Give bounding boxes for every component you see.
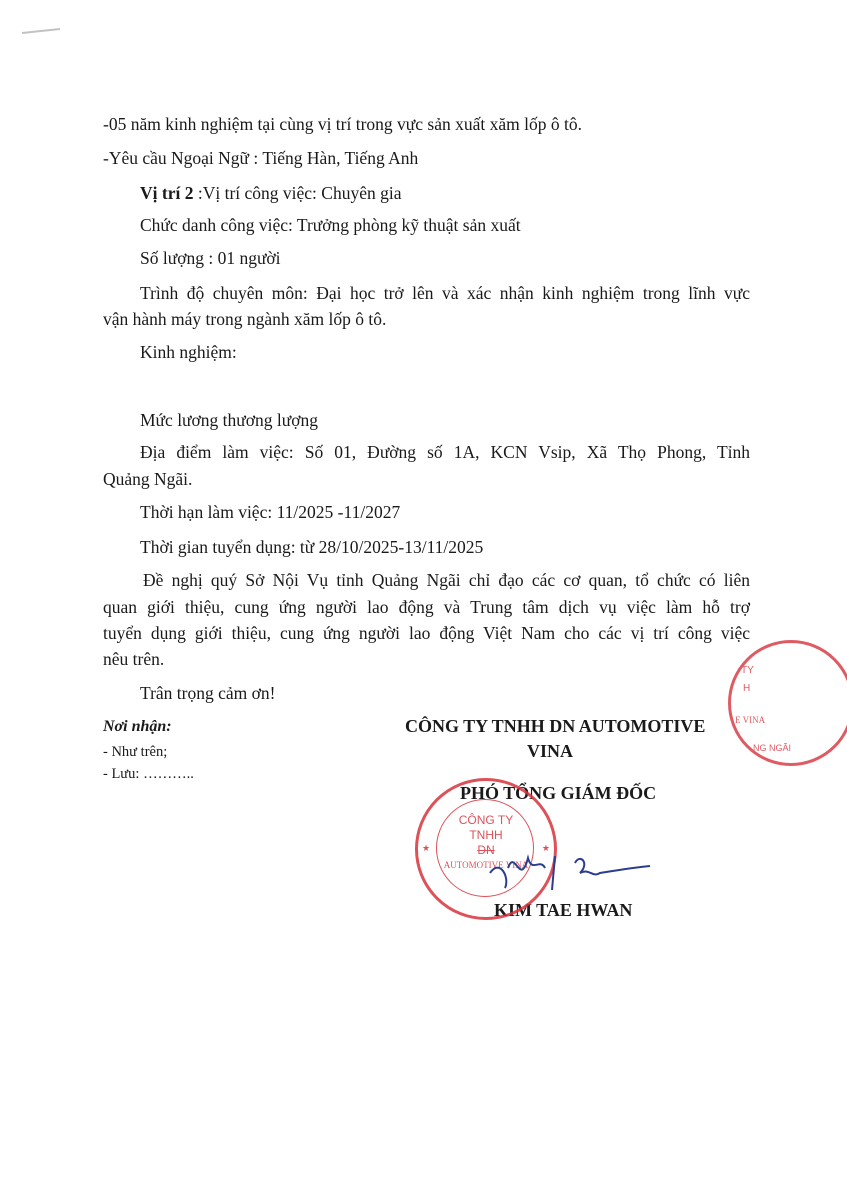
experience-label: Kinh nghiệm: (140, 342, 237, 363)
position-2-label: Vị trí 2 (140, 183, 193, 203)
recipient-item: - Như trên; (103, 744, 167, 761)
position-2-line: Vị trí 2 :Vị trí công việc: Chuyên gia (140, 183, 401, 204)
experience-years-line: -05 năm kinh nghiệm tại cùng vị trí tron… (103, 114, 582, 135)
salary-line: Mức lương thương lượng (140, 410, 318, 431)
scan-mark (22, 28, 60, 34)
request-paragraph-line-2: quan giới thiệu, cung ứng người lao động… (103, 597, 750, 618)
recipients-title: Nơi nhận: (103, 718, 172, 736)
partial-seal: TY H E VINA NG NGÃI (728, 640, 847, 766)
quantity-line: Số lượng : 01 người (140, 248, 281, 269)
workplace-line-1: Địa điểm làm việc: Số 01, Đường số 1A, K… (140, 442, 750, 463)
request-paragraph-line-1: Đề nghị quý Sở Nội Vụ tỉnh Quảng Ngãi ch… (143, 570, 750, 591)
job-title-line: Chức danh công việc: Trưởng phòng kỹ thu… (140, 215, 521, 236)
star-icon: ★ (422, 843, 430, 854)
recipient-item: - Lưu: ……….. (103, 766, 194, 783)
seal-fragment: TY (741, 665, 754, 676)
language-requirement-line: -Yêu cầu Ngoại Ngữ : Tiếng Hàn, Tiếng An… (103, 148, 418, 169)
qualification-line-1: Trình độ chuyên môn: Đại học trở lên và … (140, 283, 750, 304)
seal-text: CÔNG TY (418, 813, 554, 828)
workplace-line-2: Quảng Ngãi. (103, 469, 192, 490)
request-paragraph-line-3: tuyển dụng giới thiệu, cung ứng người la… (103, 623, 750, 644)
request-paragraph-line-4: nêu trên. (103, 649, 164, 670)
seal-fragment: E VINA (735, 715, 765, 725)
qualification-line-2: vận hành máy trong ngành xăm lốp ô tô. (103, 309, 386, 330)
handwritten-signature (480, 838, 660, 898)
company-name-line-1: CÔNG TY TNHH DN AUTOMOTIVE (405, 716, 705, 737)
seal-fragment: H (743, 683, 750, 694)
company-name-line-2: VINA (527, 741, 573, 762)
thanks-line: Trân trọng cảm ơn! (140, 683, 275, 704)
recruitment-period-line: Thời gian tuyển dụng: từ 28/10/2025-13/1… (140, 537, 483, 558)
position-2-text: :Vị trí công việc: Chuyên gia (193, 183, 401, 203)
work-period-line: Thời hạn làm việc: 11/2025 -11/2027 (140, 502, 400, 523)
seal-fragment: NG NGÃI (753, 743, 791, 753)
